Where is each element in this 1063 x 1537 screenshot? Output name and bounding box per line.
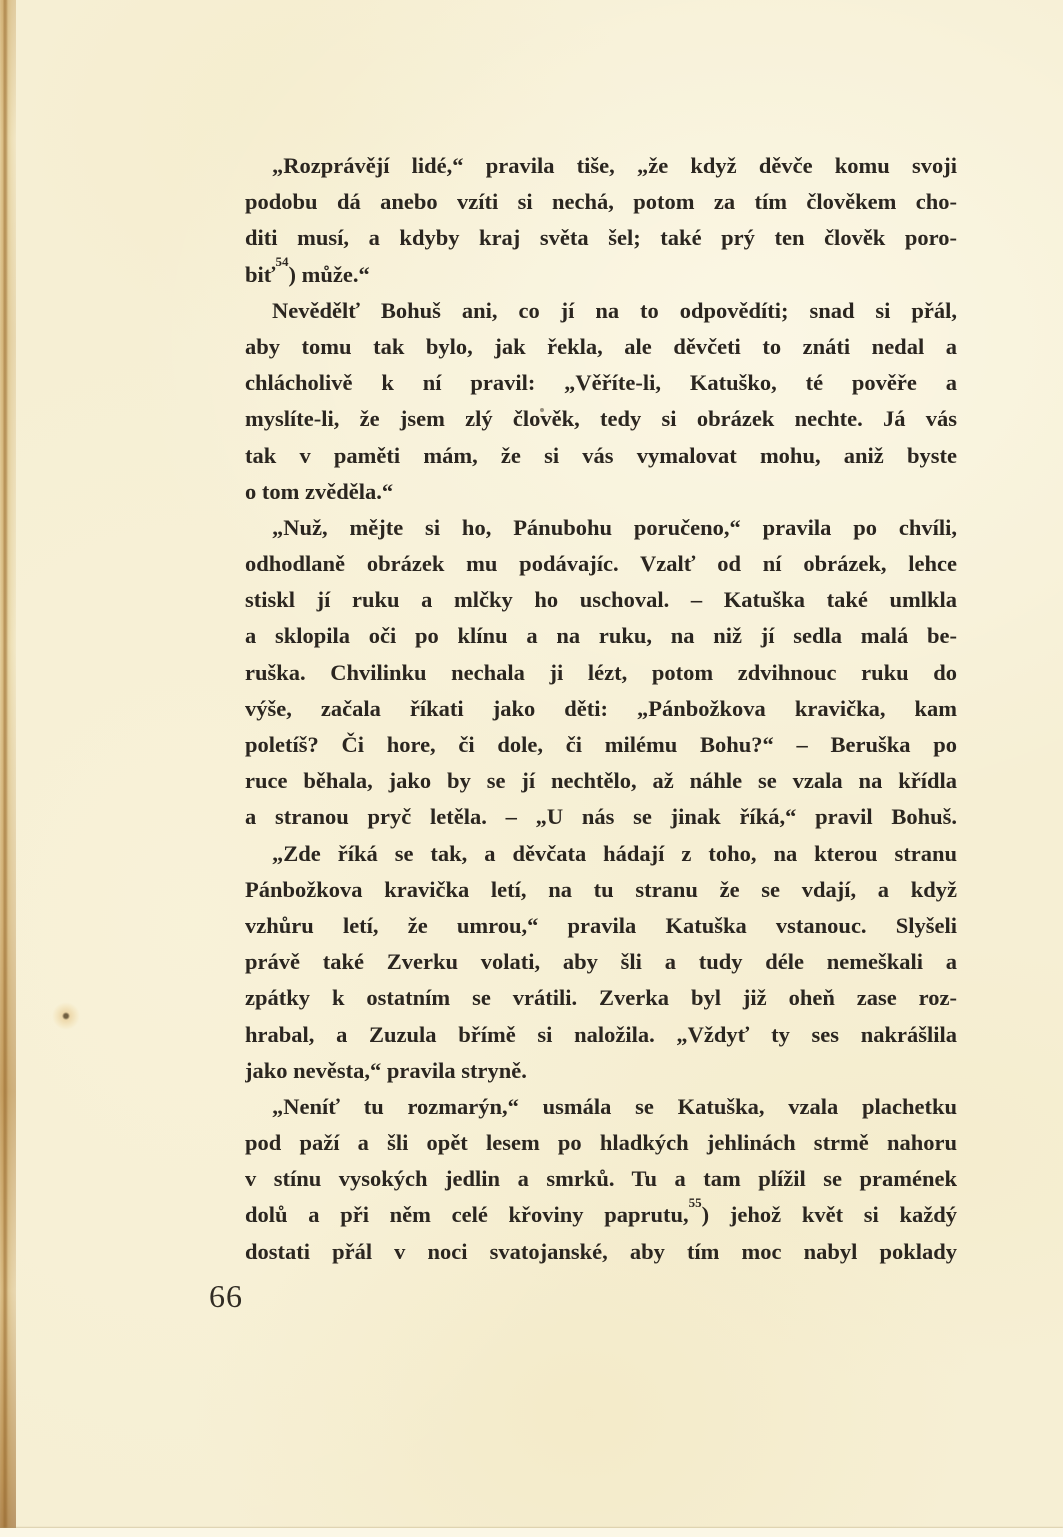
text-line: zpátky k ostatním se vrátili. Zverka byl… xyxy=(245,980,957,1016)
page-binding-edge xyxy=(0,0,16,1537)
text-line: „Nuž, mějte si ho, Pánubohu poručeno,“ p… xyxy=(245,510,957,546)
text-line: myslíte-li, že jsem zlý člověk, tedy si … xyxy=(245,401,957,437)
paper-stain xyxy=(50,1002,82,1030)
footnote-ref: 54 xyxy=(276,257,289,270)
text-line: právě také Zverku volati, aby šli a tudy… xyxy=(245,944,957,980)
text-line: o tom zvěděla.“ xyxy=(245,474,957,510)
page-number: 66 xyxy=(209,1278,243,1315)
text-line: odhodlaně obrázek mu podávajíc. Vzalť od… xyxy=(245,546,957,582)
text-line: „Neníť tu rozmarýn,“ usmála se Katuška, … xyxy=(245,1089,957,1125)
text-line: ruška. Chvilinku nechala ji lézt, potom … xyxy=(245,655,957,691)
text-line: „Rozprávějí lidé,“ pravila tiše, „že kdy… xyxy=(245,148,957,184)
text-line: chlácholivě k ní pravil: „Věříte-li, Kat… xyxy=(245,365,957,401)
text-line: hrabal, a Zuzula břímě si naložila. „Vžd… xyxy=(245,1017,957,1053)
text-line: Pánbožkova kravička letí, na tu stranu ž… xyxy=(245,872,957,908)
text-line: diti musí, a kdyby kraj světa šel; také … xyxy=(245,220,957,256)
text-line: dolů a při něm celé křoviny paprutu,55) … xyxy=(245,1197,957,1233)
text-line: a stranou pryč letěla. – „U nás se jinak… xyxy=(245,799,957,835)
text-line: „Zde říká se tak, a děvčata hádají z toh… xyxy=(245,836,957,872)
text-line: jako nevěsta,“ pravila stryně. xyxy=(245,1053,957,1089)
text-line: poletíš? Či hore, či dole, či milému Boh… xyxy=(245,727,957,763)
text-line: aby tomu tak bylo, jak řekla, ale děvčet… xyxy=(245,329,957,365)
text-line: Nevědělť Bohuš ani, co jí na to odpovědí… xyxy=(245,293,957,329)
text-line: dostati přál v noci svatojanské, aby tím… xyxy=(245,1234,957,1270)
text-line: výše, začala říkati jako děti: „Pánbožko… xyxy=(245,691,957,727)
text-line: vzhůru letí, že umrou,“ pravila Katuška … xyxy=(245,908,957,944)
text-block: „Rozprávějí lidé,“ pravila tiše, „že kdy… xyxy=(245,148,957,1270)
text-line: a sklopila oči po klínu a na ruku, na ni… xyxy=(245,618,957,654)
text-line: ruce běhala, jako by se jí nechtělo, až … xyxy=(245,763,957,799)
text-line: podobu dá anebo vzíti si nechá, potom za… xyxy=(245,184,957,220)
text-line: pod paží a šli opět lesem po hladkých je… xyxy=(245,1125,957,1161)
text-line: tak v paměti mám, že si vás vymalovat mo… xyxy=(245,438,957,474)
book-page: „Rozprávějí lidé,“ pravila tiše, „že kdy… xyxy=(0,0,1063,1537)
text-line: v stínu vysokých jedlin a smrků. Tu a ta… xyxy=(245,1161,957,1197)
footnote-ref: 55 xyxy=(689,1197,702,1210)
text-line: stiskl jí ruku a mlčky ho uschoval. – Ka… xyxy=(245,582,957,618)
page-bottom-edge xyxy=(0,1528,1063,1537)
text-line: biť54) může.“ xyxy=(245,257,957,293)
